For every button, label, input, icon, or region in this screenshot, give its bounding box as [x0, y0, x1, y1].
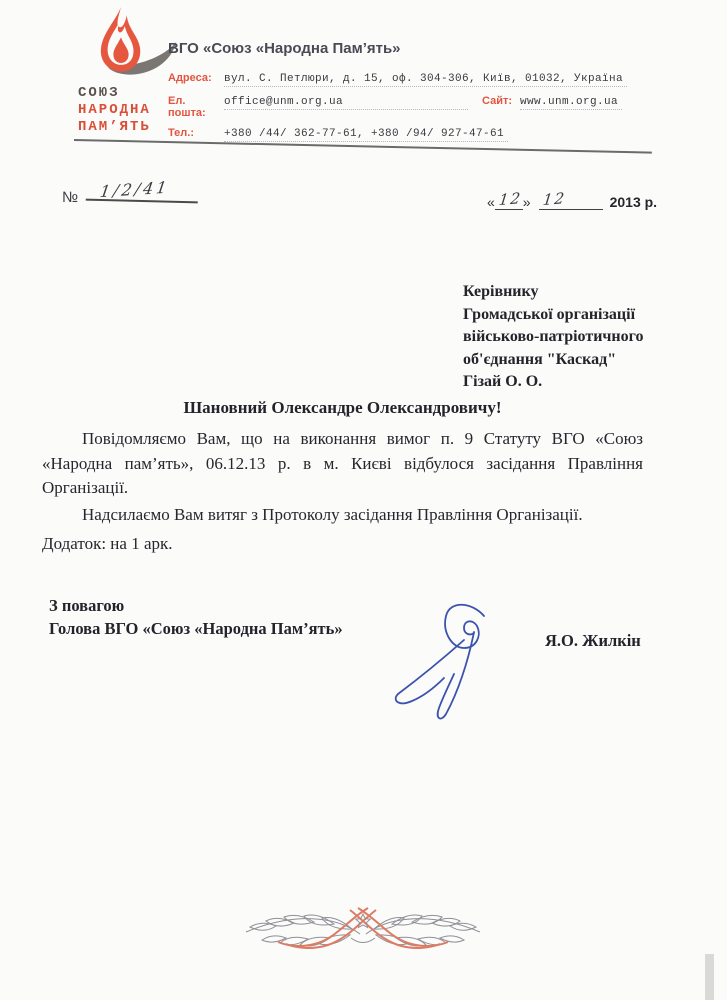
paragraph-2: Надсилаємо Вам витяг з Протоколу засідан…: [42, 505, 643, 525]
laurel-ornament: [230, 902, 496, 958]
phone-value: +380 /44/ 362-77-61, +380 /94/ 927-47-61: [224, 128, 508, 142]
closing-respect: З повагою: [49, 594, 343, 617]
contact-email-row: Ел. пошта: office@unm.org.ua Сайт: www.u…: [168, 95, 668, 119]
site-label: Сайт:: [482, 95, 520, 107]
site-value: www.unm.org.ua: [520, 96, 622, 110]
reference-number: №1/2/41: [62, 180, 198, 206]
recipient-line: Керівнику: [463, 281, 703, 304]
date-month-line: 12: [539, 191, 603, 210]
email-value: office@unm.org.ua: [224, 96, 468, 110]
reference-date: «12»122013 р.: [487, 191, 657, 210]
address-label: Адреса:: [168, 72, 224, 84]
date-month-handwritten: 12: [542, 189, 567, 209]
scanned-letter-page: СОЮЗ НАРОДНА ПАМ’ЯТЬ ВГО «Союз «Народна …: [0, 0, 727, 1000]
number-symbol: №: [62, 189, 78, 206]
recipient-block: Керівнику Громадської організації військ…: [463, 281, 703, 394]
scan-edge-artifact: [705, 954, 714, 1000]
reference-number-handwritten: 1/2/41: [99, 178, 171, 202]
contact-block: Адреса: вул. С. Петлюри, д. 15, оф. 304-…: [168, 72, 668, 150]
number-line: 1/2/41: [86, 179, 199, 204]
recipient-line: об'єднання "Каскад": [463, 349, 703, 372]
signer-name: Я.О. Жилкін: [545, 631, 641, 651]
address-value: вул. С. Петлюри, д. 15, оф. 304-306, Киї…: [224, 73, 627, 87]
paragraph-1: Повідомляємо Вам, що на виконання вимог …: [42, 427, 643, 501]
date-day-line: 12: [495, 191, 523, 210]
date-day-handwritten: 12: [498, 189, 523, 209]
closing-position: Голова ВГО «Союз «Народна Пам’ять»: [49, 617, 343, 640]
date-open-quote: «: [487, 194, 495, 210]
date-year: 2013 р.: [610, 194, 657, 210]
attachment-note: Додаток: на 1 арк.: [42, 534, 173, 554]
email-label: Ел. пошта:: [168, 95, 224, 119]
handwritten-signature: [388, 598, 530, 726]
contact-phone-row: Тел.: +380 /44/ 362-77-61, +380 /94/ 927…: [168, 127, 668, 142]
date-close-quote: »: [523, 194, 531, 210]
salutation: Шановний Олександре Олександровичу!: [42, 398, 643, 418]
contact-address-row: Адреса: вул. С. Петлюри, д. 15, оф. 304-…: [168, 72, 668, 87]
closing-block: З повагою Голова ВГО «Союз «Народна Пам’…: [49, 594, 343, 640]
phone-label: Тел.:: [168, 127, 224, 139]
recipient-line: військово-патріотичного: [463, 326, 703, 349]
recipient-line: Громадської організації: [463, 304, 703, 327]
recipient-line: Гізай О. О.: [463, 371, 703, 394]
org-title: ВГО «Союз «Народна Пам’ять»: [168, 40, 401, 57]
